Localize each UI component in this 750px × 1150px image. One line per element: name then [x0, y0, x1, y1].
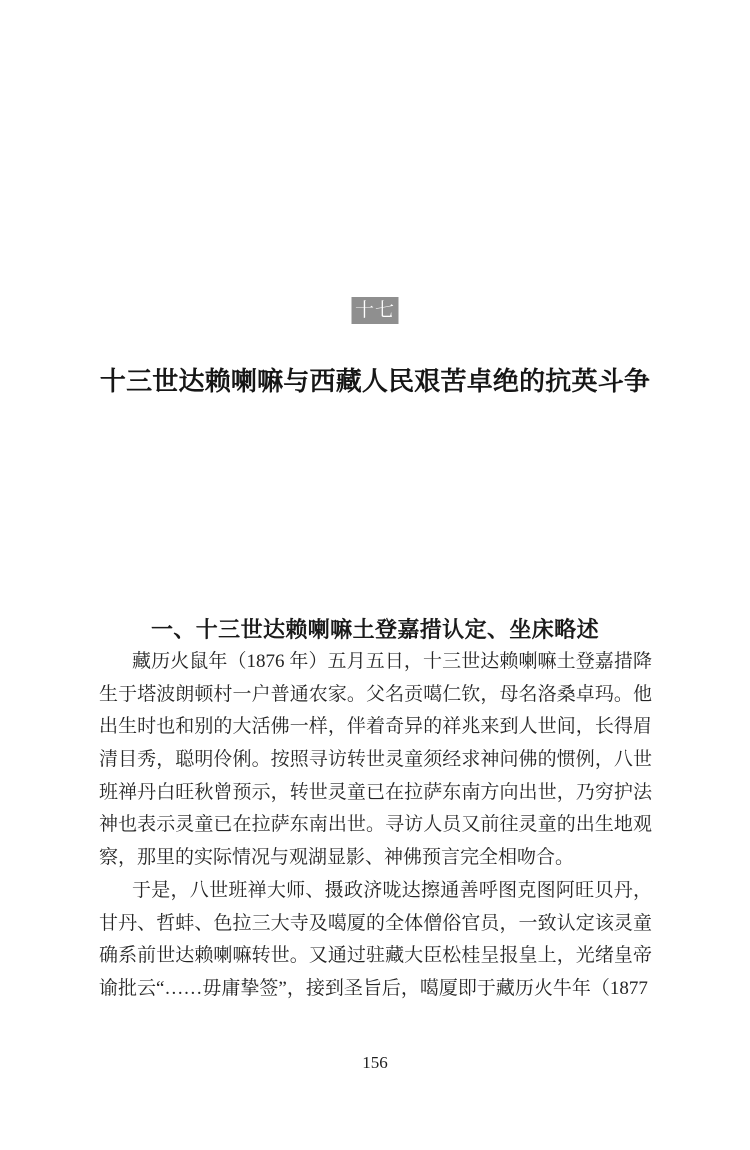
body-line: 藏历火鼠年（1876 年）五月五日，十三世达赖喇嘛土登嘉措降 [99, 646, 652, 679]
body-line: 出生时也和别的大活佛一样，伴着奇异的祥兆来到人世间，长得眉 [99, 711, 652, 744]
book-page: 十七 十三世达赖喇嘛与西藏人民艰苦卓绝的抗英斗争 一、十三世达赖喇嘛土登嘉措认定… [0, 0, 750, 1150]
section-heading: 一、十三世达赖喇嘛土登嘉措认定、坐床略述 [0, 613, 750, 644]
chapter-number-badge: 十七 [352, 297, 399, 324]
body-line: 班禅丹白旺秋曾预示，转世灵童已在拉萨东南方向出世，乃穷护法 [99, 777, 652, 810]
body-text: 藏历火鼠年（1876 年）五月五日，十三世达赖喇嘛土登嘉措降生于塔波朗顿村一户普… [99, 646, 652, 1006]
body-line: 谕批云“……毋庸挚签”，接到圣旨后，噶厦即于藏历火牛年（1877 [99, 973, 652, 1006]
body-line: 确系前世达赖喇嘛转世。又通过驻藏大臣松桂呈报皇上，光绪皇帝 [99, 940, 652, 973]
body-line: 清目秀，聪明伶俐。按照寻访转世灵童须经求神问佛的惯例，八世 [99, 744, 652, 777]
body-line: 生于塔波朗顿村一户普通农家。父名贡噶仁钦，母名洛桑卓玛。他 [99, 679, 652, 712]
body-line: 于是，八世班禅大师、摄政济咙达擦通善呼图克图阿旺贝丹， [99, 875, 652, 908]
paragraph: 于是，八世班禅大师、摄政济咙达擦通善呼图克图阿旺贝丹，甘丹、哲蚌、色拉三大寺及噶… [99, 875, 652, 1006]
paragraph: 藏历火鼠年（1876 年）五月五日，十三世达赖喇嘛土登嘉措降生于塔波朗顿村一户普… [99, 646, 652, 875]
page-number: 156 [0, 1053, 750, 1073]
body-line: 神也表示灵童已在拉萨东南出世。寻访人员又前往灵童的出生地观 [99, 809, 652, 842]
body-line: 察，那里的实际情况与观湖显影、神佛预言完全相吻合。 [99, 842, 652, 875]
body-line: 甘丹、哲蚌、色拉三大寺及噶厦的全体僧俗官员，一致认定该灵童 [99, 908, 652, 941]
chapter-number-label: 十七 [355, 300, 395, 321]
chapter-title: 十三世达赖喇嘛与西藏人民艰苦卓绝的抗英斗争 [0, 361, 750, 398]
